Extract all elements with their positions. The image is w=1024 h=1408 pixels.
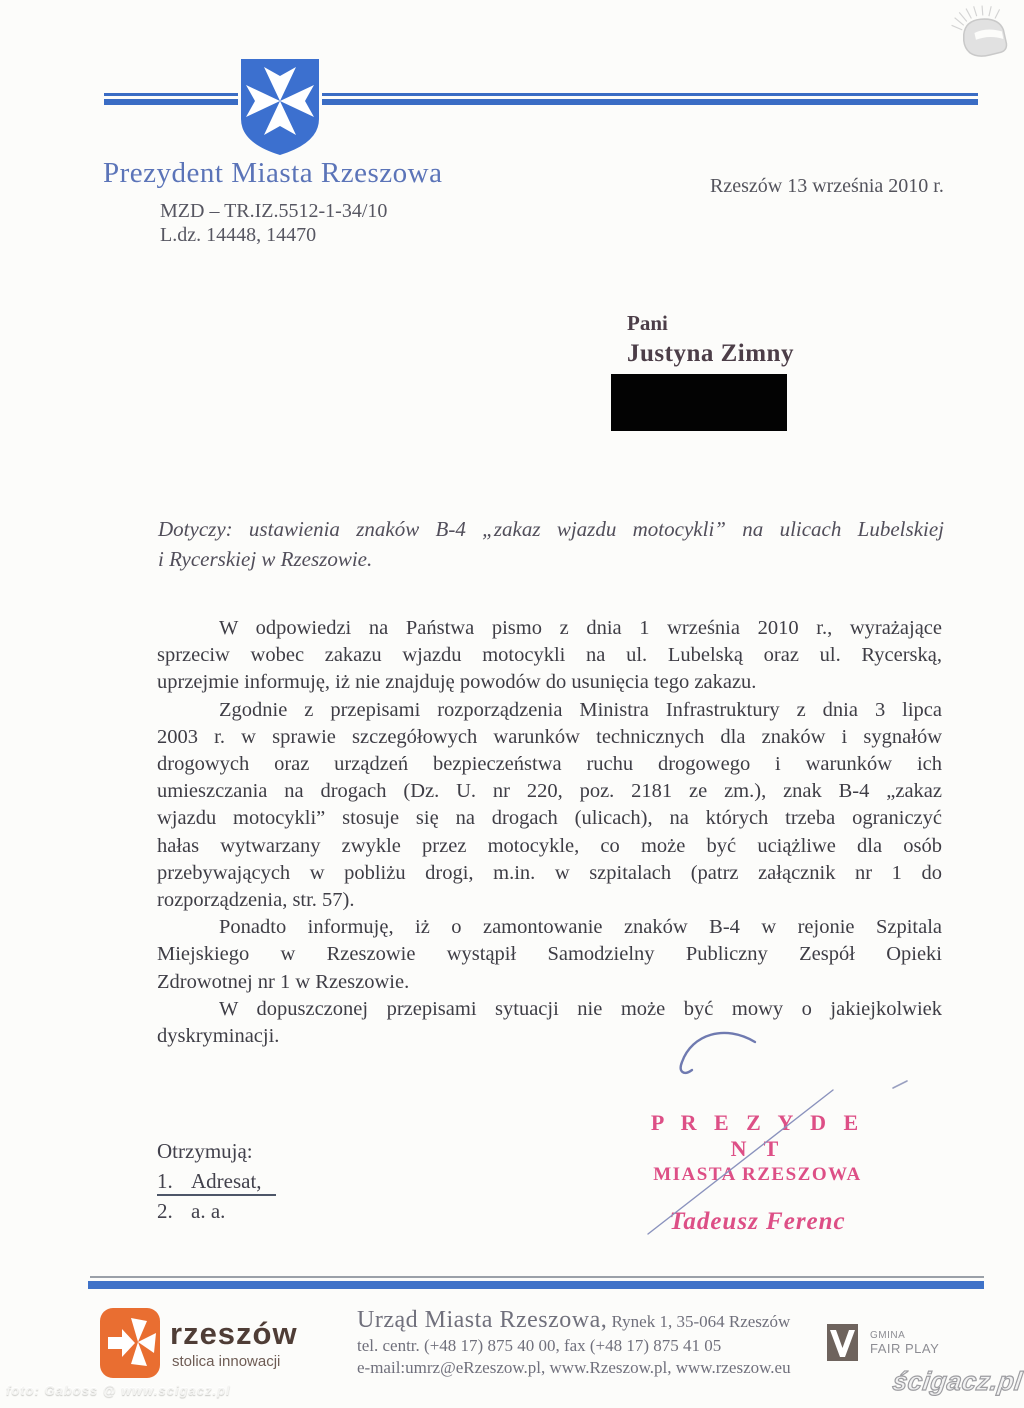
paragraph-3: Ponadto informuję, iż o zamontowanie zna… <box>157 914 942 996</box>
header-rule-right <box>322 93 978 105</box>
footer-office-address: Rynek 1, 35-064 Rzeszów <box>607 1312 790 1331</box>
recipient-name: Justyna Zimny <box>627 340 794 368</box>
scigacz-watermark: ścigacz.pl <box>891 1366 1024 1397</box>
paragraph-2: Zgodnie z przepisami rozporządzenia Mini… <box>157 697 942 915</box>
recipient-salutation: Pani <box>627 311 794 336</box>
subject-line: Dotyczy: ustawienia znaków B-4 „zakaz wj… <box>158 514 944 574</box>
gmina-fair-play-badge: GMINA FAIR PLAY <box>827 1324 939 1361</box>
recipient-block: Pani Justyna Zimny <box>627 311 794 368</box>
rzeszow-city-brand-icon <box>100 1308 160 1378</box>
city-brand-tagline: stolica innowacji <box>172 1353 298 1370</box>
paragraph-1: W odpowiedzi na Państwa pismo z dnia 1 w… <box>157 615 942 697</box>
distribution-item-1-number: 1. <box>157 1166 191 1196</box>
fair-play-check-icon <box>827 1324 858 1361</box>
letter-body: W odpowiedzi na Państwa pismo z dnia 1 w… <box>157 615 942 1050</box>
fair-play-label-line1: GMINA <box>870 1330 939 1341</box>
distribution-item-1-text: Adresat, <box>191 1169 262 1193</box>
reference-number-line1: MZD – TR.IZ.5512-1-34/10 <box>160 199 387 223</box>
header-rule-left <box>104 93 238 105</box>
letter-date: Rzeszów 13 września 2010 r. <box>710 175 944 198</box>
rzeszow-coat-of-arms-icon <box>239 57 321 157</box>
footer-divider-thick <box>88 1281 984 1289</box>
letter-page: Prezydent Miasta Rzeszowa MZD – TR.IZ.55… <box>0 0 1024 1408</box>
distribution-item-2-number: 2. <box>157 1196 191 1226</box>
footer-office-name: Urząd Miasta Rzeszowa, <box>357 1307 607 1333</box>
footer-address-block: Urząd Miasta Rzeszowa, Rynek 1, 35-064 R… <box>357 1307 791 1378</box>
footer-phone-line: tel. centr. (+48 17) 875 40 00, fax (+48… <box>357 1335 791 1356</box>
redacted-address-block <box>611 374 787 431</box>
photo-credit-watermark: foto: Gaboss @ www.scigacz.pl <box>6 1383 231 1398</box>
city-brand-name: rzeszów <box>170 1316 298 1352</box>
distribution-heading: Otrzymują: <box>157 1136 276 1166</box>
city-brand-text: rzeszów stolica innowacji <box>170 1316 298 1370</box>
reference-numbers: MZD – TR.IZ.5512-1-34/10 L.dz. 14448, 14… <box>160 199 387 247</box>
helmet-watermark-icon <box>940 4 1018 68</box>
distribution-item-2-text: a. a. <box>191 1199 225 1223</box>
distribution-list: Otrzymują: 1.Adresat, 2.a. a. <box>157 1136 276 1226</box>
sender-title: Prezydent Miasta Rzeszowa <box>103 157 442 190</box>
handwritten-signature <box>590 1018 930 1248</box>
footer-web-line: e-mail:umrz@eRzeszow.pl, www.Rzeszow.pl,… <box>357 1357 791 1378</box>
distribution-item-2: 2.a. a. <box>157 1196 276 1226</box>
distribution-item-1: 1.Adresat, <box>157 1166 276 1196</box>
reference-number-line2: L.dz. 14448, 14470 <box>160 223 387 247</box>
footer-divider-thin <box>90 1276 984 1278</box>
fair-play-label-line2: FAIR PLAY <box>870 1341 939 1356</box>
